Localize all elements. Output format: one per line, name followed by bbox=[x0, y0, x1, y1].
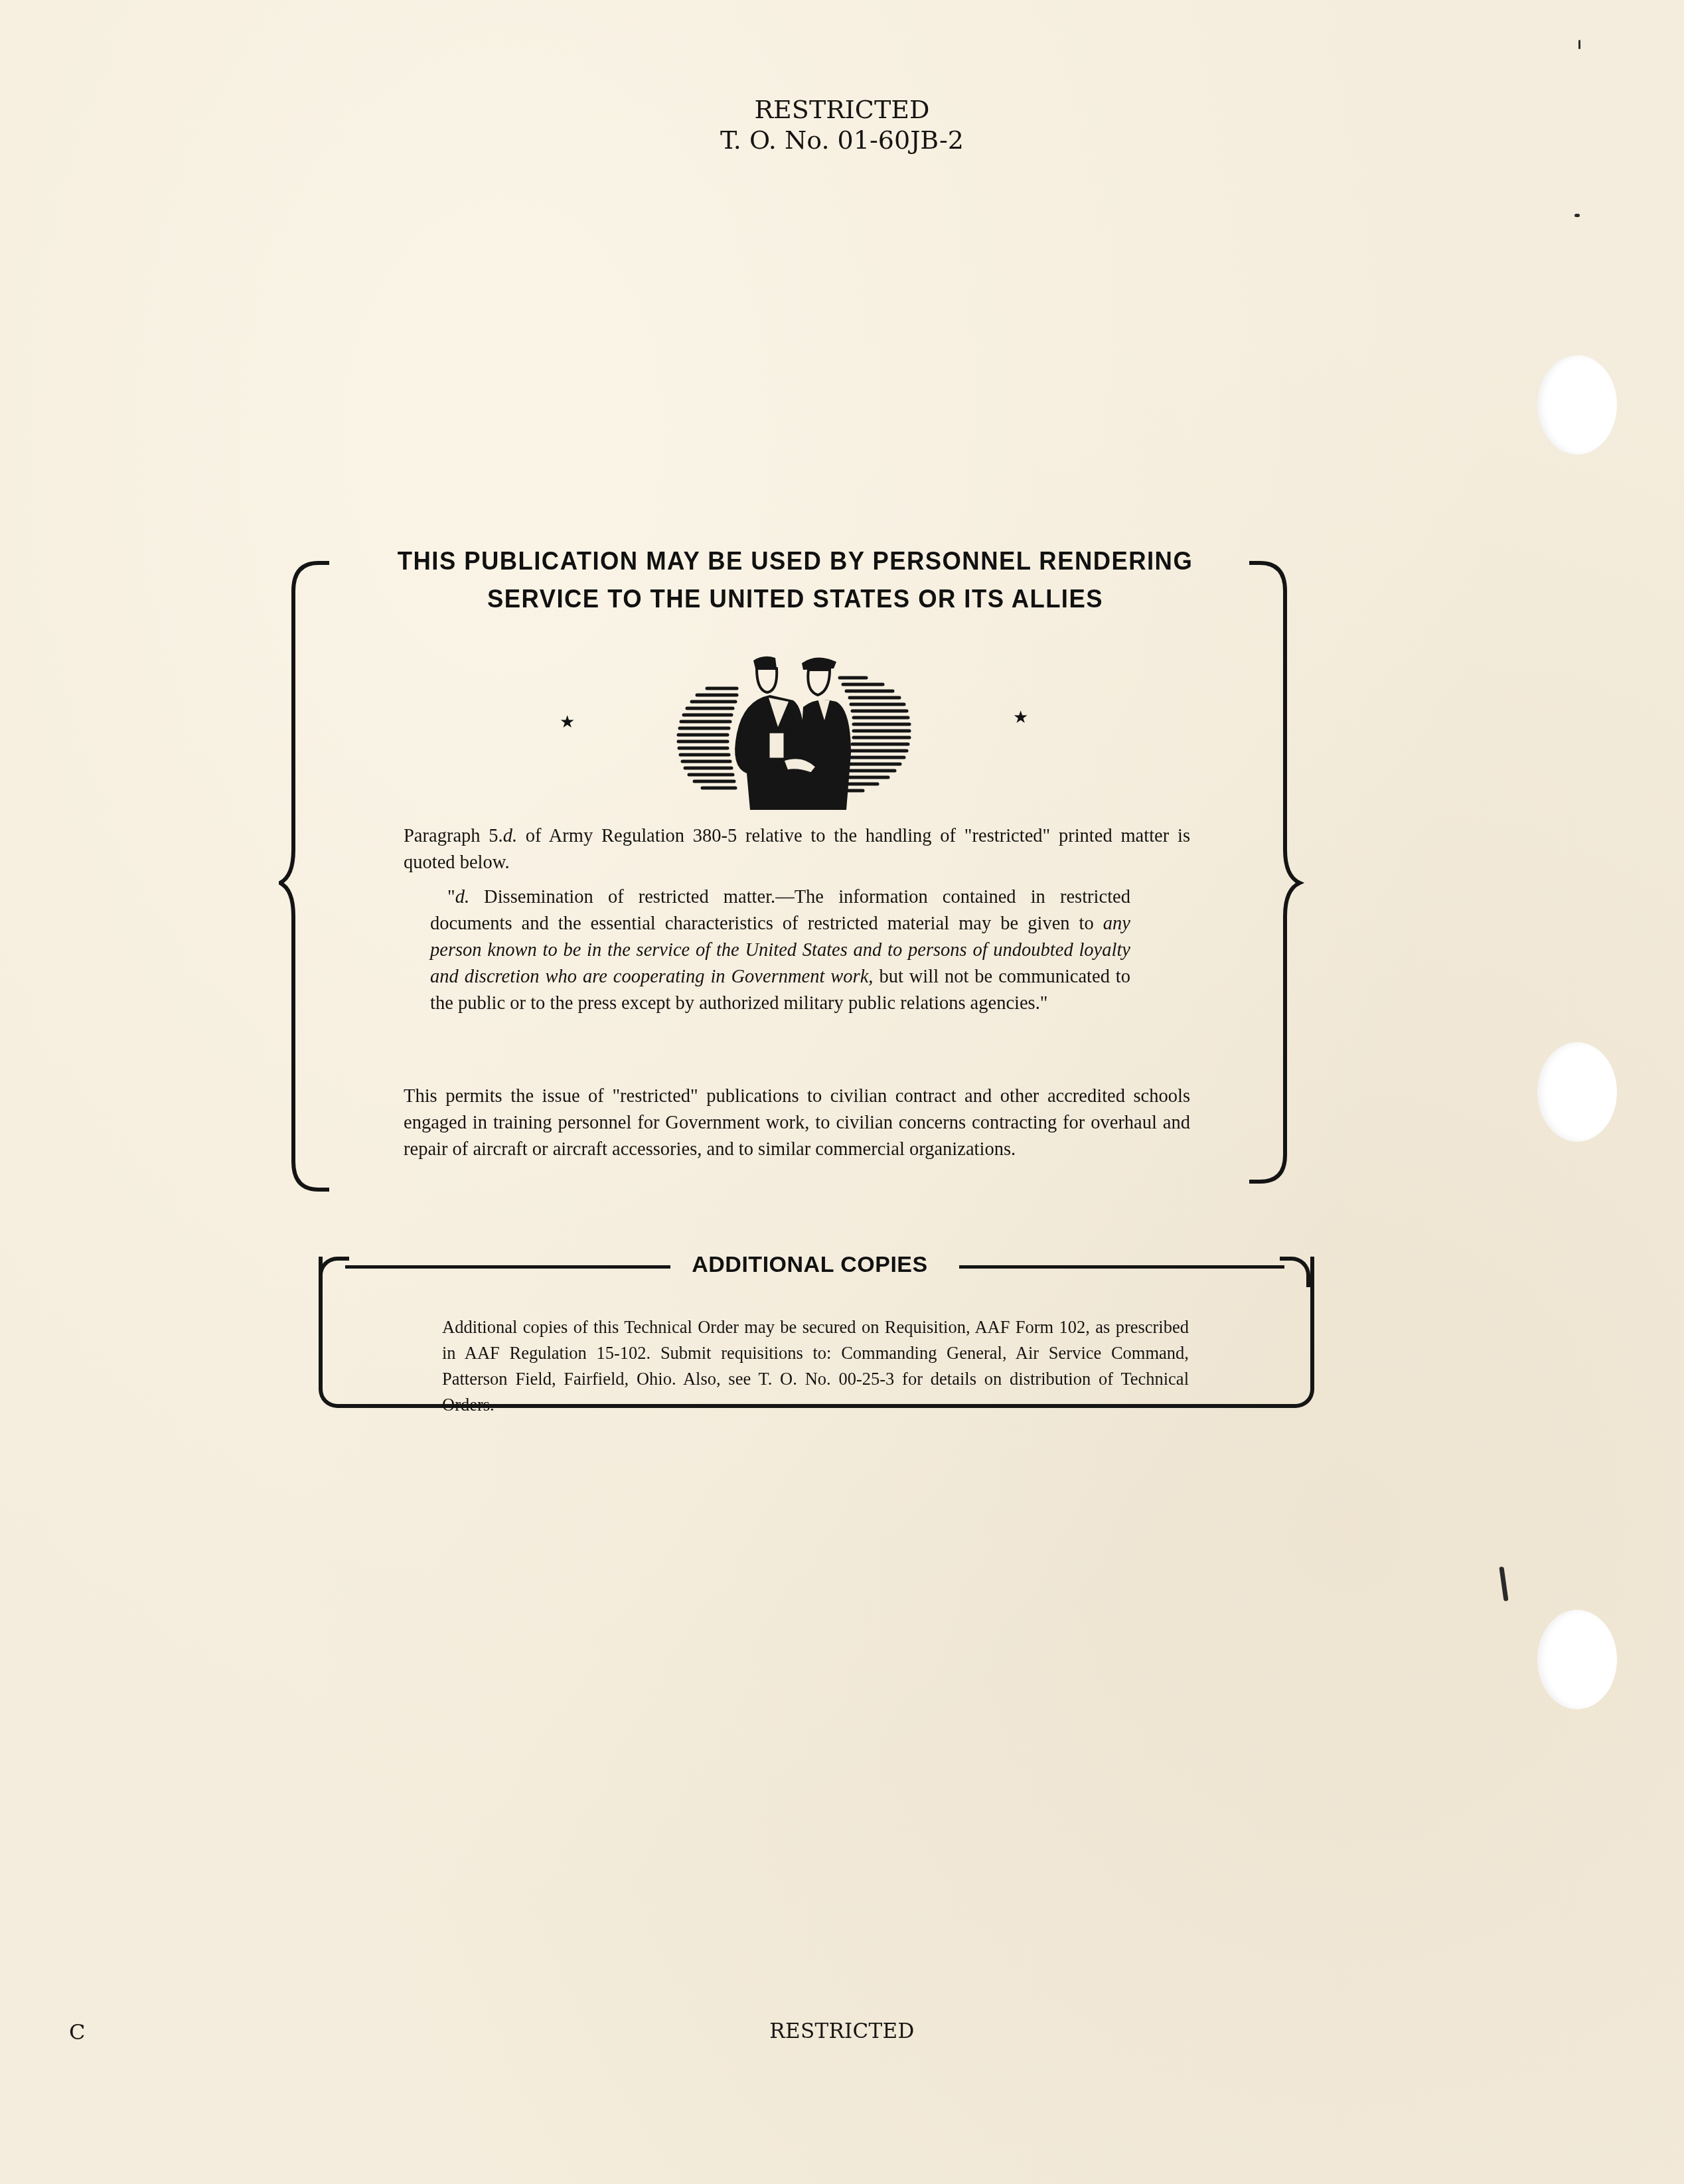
binder-hole bbox=[1537, 1042, 1617, 1142]
additional-copies-title: ADDITIONAL COPIES bbox=[664, 1252, 956, 1278]
open-quote: " bbox=[447, 887, 455, 907]
quote-label: d. bbox=[455, 887, 469, 907]
title-rule bbox=[345, 1265, 670, 1269]
header-classification: RESTRICTED bbox=[0, 94, 1684, 125]
quoted-regulation-paragraph: "d. Dissemination of restricted matter.—… bbox=[430, 884, 1130, 1017]
right-brace bbox=[1247, 558, 1313, 1195]
star-icon: ★ bbox=[560, 712, 575, 732]
additional-copies-text: Additional copies of this Technical Orde… bbox=[442, 1314, 1189, 1418]
intro-text: of Army Regulation 380-5 relative to the… bbox=[404, 826, 1190, 873]
quote-text: Dissemination of restricted matter.—The … bbox=[430, 887, 1130, 934]
intro-italic: d. bbox=[503, 826, 517, 846]
binder-hole bbox=[1537, 355, 1617, 455]
intro-text: Paragraph 5. bbox=[404, 826, 503, 846]
scan-mark bbox=[1574, 214, 1580, 217]
scan-mark bbox=[1499, 1567, 1508, 1601]
document-number: T. O. No. 01-60JB-2 bbox=[0, 125, 1684, 155]
left-brace bbox=[279, 558, 332, 1195]
intro-paragraph: Paragraph 5.d. of Army Regulation 380-5 … bbox=[404, 823, 1190, 876]
title-rule bbox=[959, 1265, 1284, 1269]
notice-title-line-2: SERVICE TO THE UNITED STATES OR ITS ALLI… bbox=[305, 585, 1286, 614]
closing-paragraph: This permits the issue of "restricted" p… bbox=[404, 1083, 1190, 1163]
notice-title-line-1: THIS PUBLICATION MAY BE USED BY PERSONNE… bbox=[305, 548, 1286, 576]
binder-hole bbox=[1537, 1610, 1617, 1709]
scan-mark bbox=[1578, 40, 1580, 49]
soldier-and-civilian-icon bbox=[637, 654, 1022, 813]
footer-classification: RESTRICTED bbox=[0, 2019, 1684, 2043]
